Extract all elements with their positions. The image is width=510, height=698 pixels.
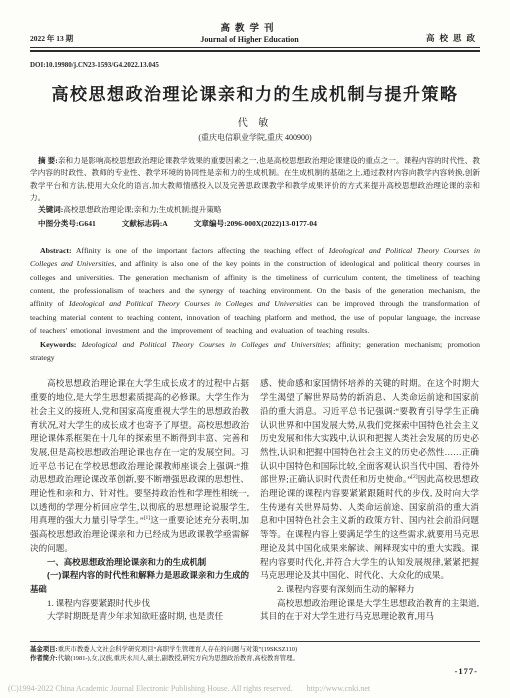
keywords-en: Keywords: Ideological and Political Theo… — [30, 338, 480, 365]
keywords-en-italic: Ideological and Political Theory Courses… — [76, 340, 328, 349]
point-heading-2: 2. 课程内容要有深刻而生动的解释力 — [260, 583, 479, 597]
footnote: 基金项目:重庆市教委人文社会科学研究项目“高职学生管理育人存在的问题与对策”(1… — [30, 641, 480, 663]
author-name: 代 敏 — [30, 114, 480, 129]
issue-label: 2022 年 13 期 — [30, 33, 73, 44]
keywords-cn: 关键词:高校思想政治理论课;亲和力;生成机制;提升策略 — [30, 204, 480, 216]
journal-title-cn: 高教学刊 — [73, 20, 426, 34]
cnki-url: http://www.cnki.net — [307, 684, 370, 693]
author-affiliation: (重庆电信职业学院,重庆 400900) — [30, 132, 480, 143]
abstract-en: Abstract: Affinity is one of the importa… — [30, 244, 480, 338]
article-id: 文章编号:2096-000X(2022)13-0177-04 — [194, 219, 317, 228]
point-heading-1: 1. 课程内容要紧跟时代步伐 — [30, 597, 249, 611]
abstract-en-text-1: Affinity is one of the important factors… — [72, 246, 329, 255]
abstract-en-italic-2: Ideological and Political Theory Courses… — [69, 299, 312, 308]
keywords-en-label: Keywords: — [40, 340, 76, 349]
header-divider — [30, 47, 480, 52]
abstract-en-label: Abstract: — [40, 246, 72, 255]
journal-header: 2022 年 13 期 高教学刊 Journal of Higher Educa… — [30, 0, 480, 44]
body-paragraph: 大学时期既是青少年求知欲旺盛时期, 也是责任 — [30, 610, 249, 624]
document-code: 文献标志码:A — [122, 219, 168, 228]
journal-title-block: 高教学刊 Journal of Higher Education — [73, 20, 426, 44]
keywords-cn-text: 高校思想政治理论课;亲和力;生成机制;提升策略 — [63, 205, 221, 214]
abstract-cn-label: 摘 要: — [38, 156, 58, 165]
abstract-cn: 摘 要:亲和力是影响高校思想政治理论课教学效果的重要因素之一,也是高校思想政治理… — [30, 155, 480, 204]
body-column-left: 高校思想政治理论课在大学生成长成才的过程中占据重要的地位,是大学生思想素质提高的… — [30, 377, 249, 635]
body-paragraph: 高校思想政治理论课在大学生成长成才的过程中占据重要的地位,是大学生思想素质提高的… — [30, 377, 249, 555]
abstract-cn-text: 亲和力是影响高校思想政治理论课教学效果的重要因素之一,也是高校思想政治理论课建设… — [30, 156, 480, 202]
clc-number: 中图分类号:G641 — [38, 219, 96, 228]
subsection-heading-1: (一)课程内容的时代性和解释力是思政课亲和力生成的基础 — [30, 569, 249, 596]
body-paragraph: 感、使命感和家国情怀培养的关键的时期。在这个时期大学生渴望了解世界局势的新消息、… — [260, 377, 479, 583]
doi: DOI:10.19980/j.CN23-1593/G4.2022.13.045 — [30, 61, 480, 69]
article-title: 高校思想政治理论课亲和力的生成机制与提升策略 — [30, 80, 480, 105]
author-bio: 作者简介:代敏(1981-),女,汉族,重庆永川人,硕士,副教授,研究方向为思想… — [30, 654, 480, 663]
section-heading-1: 一、高校思想政治理论课亲和力的生成机制 — [30, 556, 249, 570]
page-number: -177- — [455, 666, 478, 676]
article-body: 高校思想政治理论课在大学生成长成才的过程中占据重要的地位,是大学生思想素质提高的… — [30, 377, 480, 635]
journal-page: 2022 年 13 期 高教学刊 Journal of Higher Educa… — [0, 0, 510, 698]
fund-project-label: 基金项目: — [30, 646, 58, 653]
column-label: 高校思政 — [426, 32, 480, 44]
copyright-text: (C)1994-2022 China Academic Journal Elec… — [8, 684, 293, 693]
article-meta: 中图分类号:G641文献标志码:A文章编号:2096-000X(2022)13-… — [30, 218, 480, 230]
body-column-right: 感、使命感和家国情怀培养的关键的时期。在这个时期大学生渴望了解世界局势的新消息、… — [260, 377, 479, 635]
fund-project: 基金项目:重庆市教委人文社会科学研究项目“高职学生管理育人存在的问题与对策”(1… — [30, 645, 480, 654]
body-paragraph: 高校思想政治理论课是大学生思想政治教育的主渠道,其目的在于对大学生进行马克思理论… — [260, 597, 479, 624]
keywords-cn-label: 关键词: — [38, 205, 63, 214]
author-bio-label: 作者简介: — [30, 655, 58, 662]
copyright-line: (C)1994-2022 China Academic Journal Elec… — [8, 684, 502, 693]
journal-title-en: Journal of Higher Education — [73, 35, 426, 44]
